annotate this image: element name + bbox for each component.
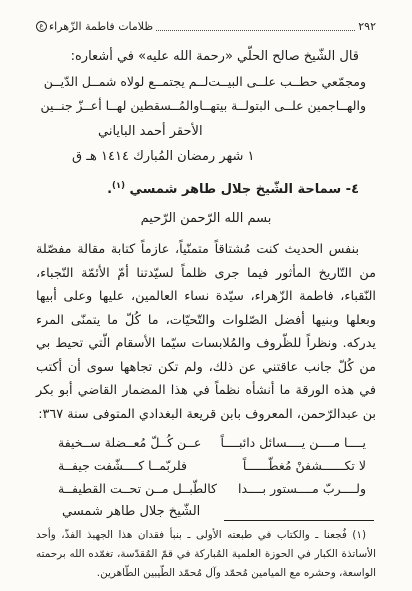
verse-row: ولــــربّ مــــستور بــــدا كالطّبــل مـ…	[58, 481, 366, 497]
page-number: ٢٩٢	[358, 20, 376, 34]
verse-row: والهــاجمين علــى البتولــة بيتهــا والم…	[58, 98, 366, 114]
honorific-seal-icon: ع	[36, 21, 47, 32]
footnote-text: (١) فُجعنا ـ والكتاب في طبعته الأولى ـ ب…	[36, 521, 376, 583]
hemistich-right: لا تكــــــشفنْ مُغطّــــــاً	[243, 458, 366, 474]
running-header: ظلامات فاطمة الزّهراء ع ٢٩٢	[36, 20, 376, 34]
hemistich-left: والمُــسقطين لهــا أعــزّ جنــين	[40, 98, 199, 114]
hemistich-right: ولــــربّ مــــستور بــــدا	[238, 481, 366, 497]
verse-row: لا تكــــــشفنْ مُغطّــــــاً فلربّمــا …	[58, 458, 366, 474]
section-heading: ٤- سماحة الشّيخ جلال طاهر شمسي (١).	[36, 181, 376, 197]
second-poem-block: يــــا مــــن يــــسائل دائبــــاً عــن …	[36, 435, 376, 504]
hemistich-left: فلربّمــا كــــشّفت جيفــة	[58, 458, 187, 474]
poem-signature: الشّيخ جلال طاهر شمسي	[36, 503, 376, 520]
body-paragraph: بنفس الحديث كنت مُشتاقاً متمنّياً، عازما…	[36, 238, 376, 426]
section-heading-text: ٤- سماحة الشّيخ جلال طاهر شمسي	[130, 182, 359, 197]
poet-signature: الأحقر أحمد الباياني	[36, 123, 376, 140]
hemistich-right: ومجمّعي حطــب علــى البيــت	[208, 74, 366, 90]
hemistich-left: لــم يجتمــع لولاه شمــل الدّيــن	[44, 74, 208, 90]
running-header-title: ظلامات فاطمة الزّهراء ع	[36, 20, 153, 34]
book-page: ظلامات فاطمة الزّهراء ع ٢٩٢ قال الشّيخ ص…	[0, 0, 412, 591]
hemistich-left: عــن كُــلّ مُعــضلة ســخيفة	[58, 435, 201, 451]
dotted-leader	[156, 30, 355, 31]
date-line: ١ شهر رمضان المُبارك ١٤١٤ هـ ق	[36, 148, 376, 165]
first-poem-block: ومجمّعي حطــب علــى البيــت لــم يجتمــع…	[36, 74, 376, 122]
intro-line: قال الشّيخ صالح الحلّي «رحمة الله عليه» …	[36, 48, 376, 65]
hemistich-right: يــــا مــــن يــــسائل دائبــــاً	[221, 435, 367, 451]
hemistich-right: والهــاجمين علــى البتولــة بيتهــا	[199, 98, 366, 114]
book-title: ظلامات فاطمة الزّهراء	[49, 20, 153, 34]
hemistich-left: كالطّبــل مــن تحــت القطيفــة	[58, 481, 217, 497]
verse-row: يــــا مــــن يــــسائل دائبــــاً عــن …	[58, 435, 366, 451]
verse-row: ومجمّعي حطــب علــى البيــت لــم يجتمــع…	[58, 74, 366, 90]
footnote-reference: (١)	[112, 181, 125, 191]
basmala: بسم الله الرّحمن الرّحيم	[36, 210, 376, 227]
